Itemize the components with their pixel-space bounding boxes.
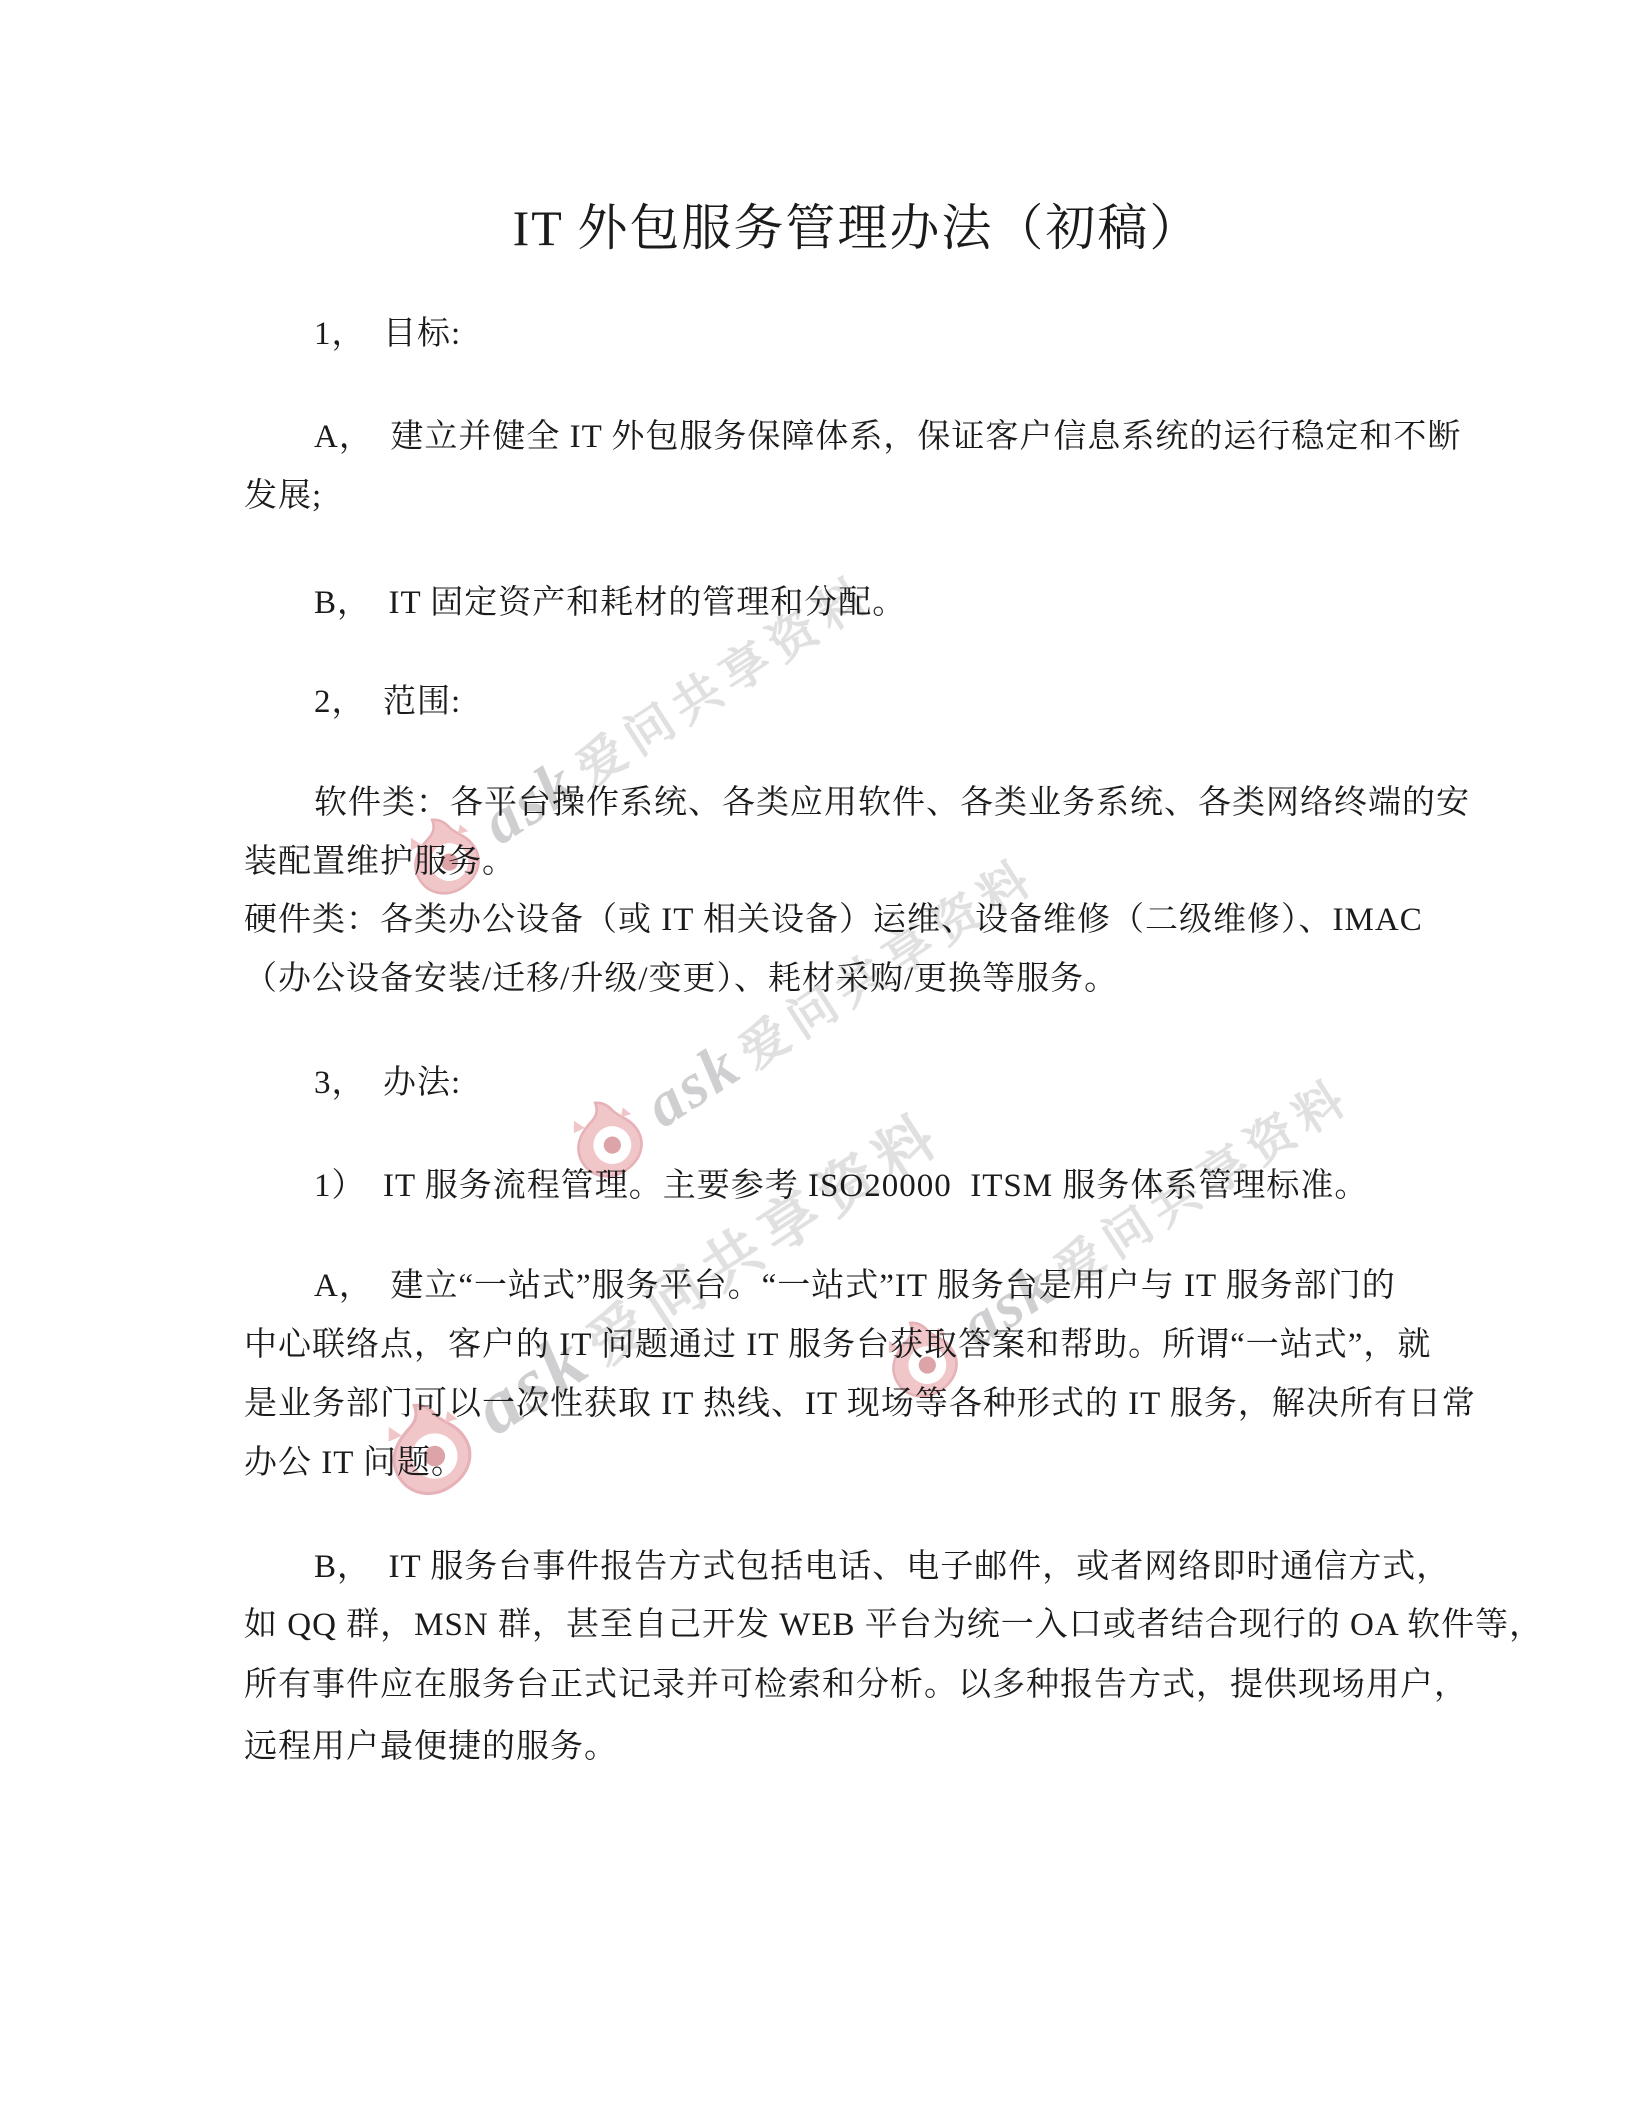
- doc-line: 中心联络点，客户的 IT 问题通过 IT 服务台获取答案和帮助。所谓“一站式”，…: [244, 1325, 1431, 1366]
- doc-line: 装配置维护服务。: [244, 842, 516, 883]
- doc-line: （办公设备安装/迁移/升级/变更）、耗材采购/更换等服务。: [244, 959, 1118, 1000]
- doc-line-heading-2: 2， 范围:: [314, 682, 461, 723]
- doc-line: 是业务部门可以一次性获取 IT 热线、IT 现场等各种形式的 IT 服务，解决所…: [244, 1384, 1476, 1425]
- doc-line: 硬件类：各类办公设备（或 IT 相关设备）运维、设备维修（二级维修）、IMAC: [244, 900, 1423, 941]
- document-page: ask 爱问共享资料 ask 爱问共享资料 ask 爱问共享资料: [0, 0, 1632, 2112]
- doc-line: 办公 IT 问题。: [244, 1443, 465, 1484]
- doc-line: 如 QQ 群，MSN 群，甚至自己开发 WEB 平台为统一入口或者结合现行的 O…: [244, 1605, 1543, 1646]
- doc-line: 软件类：各平台操作系统、各类应用软件、各类业务系统、各类网络终端的安: [314, 783, 1470, 824]
- watermark-brand-text: ask: [631, 1027, 753, 1142]
- doc-line: 远程用户最便捷的服务。: [244, 1727, 618, 1768]
- doc-line: 所有事件应在服务台正式记录并可检索和分析。以多种报告方式，提供现场用户，: [244, 1665, 1468, 1706]
- doc-line-heading-1: 1， 目标:: [314, 314, 461, 355]
- doc-line: A， 建立“一站式”服务平台。“一站式”IT 服务台是用户与 IT 服务部门的: [314, 1266, 1396, 1307]
- doc-line: B， IT 固定资产和耗材的管理和分配。: [314, 583, 906, 624]
- doc-line: 1） IT 服务流程管理。主要参考 ISO20000 ITSM 服务体系管理标准…: [314, 1166, 1368, 1207]
- doc-line-heading-3: 3， 办法:: [314, 1063, 461, 1104]
- page-title: IT 外包服务管理办法（初稿）: [284, 188, 1430, 260]
- doc-line: A， 建立并健全 IT 外包服务保障体系，保证客户信息系统的运行稳定和不断: [314, 417, 1461, 458]
- doc-line: 发展;: [244, 476, 322, 517]
- iask-watermark: ask 爱问共享资料: [548, 830, 1053, 1199]
- doc-line: B， IT 服务台事件报告方式包括电话、电子邮件，或者网络即时通信方式，: [314, 1547, 1450, 1588]
